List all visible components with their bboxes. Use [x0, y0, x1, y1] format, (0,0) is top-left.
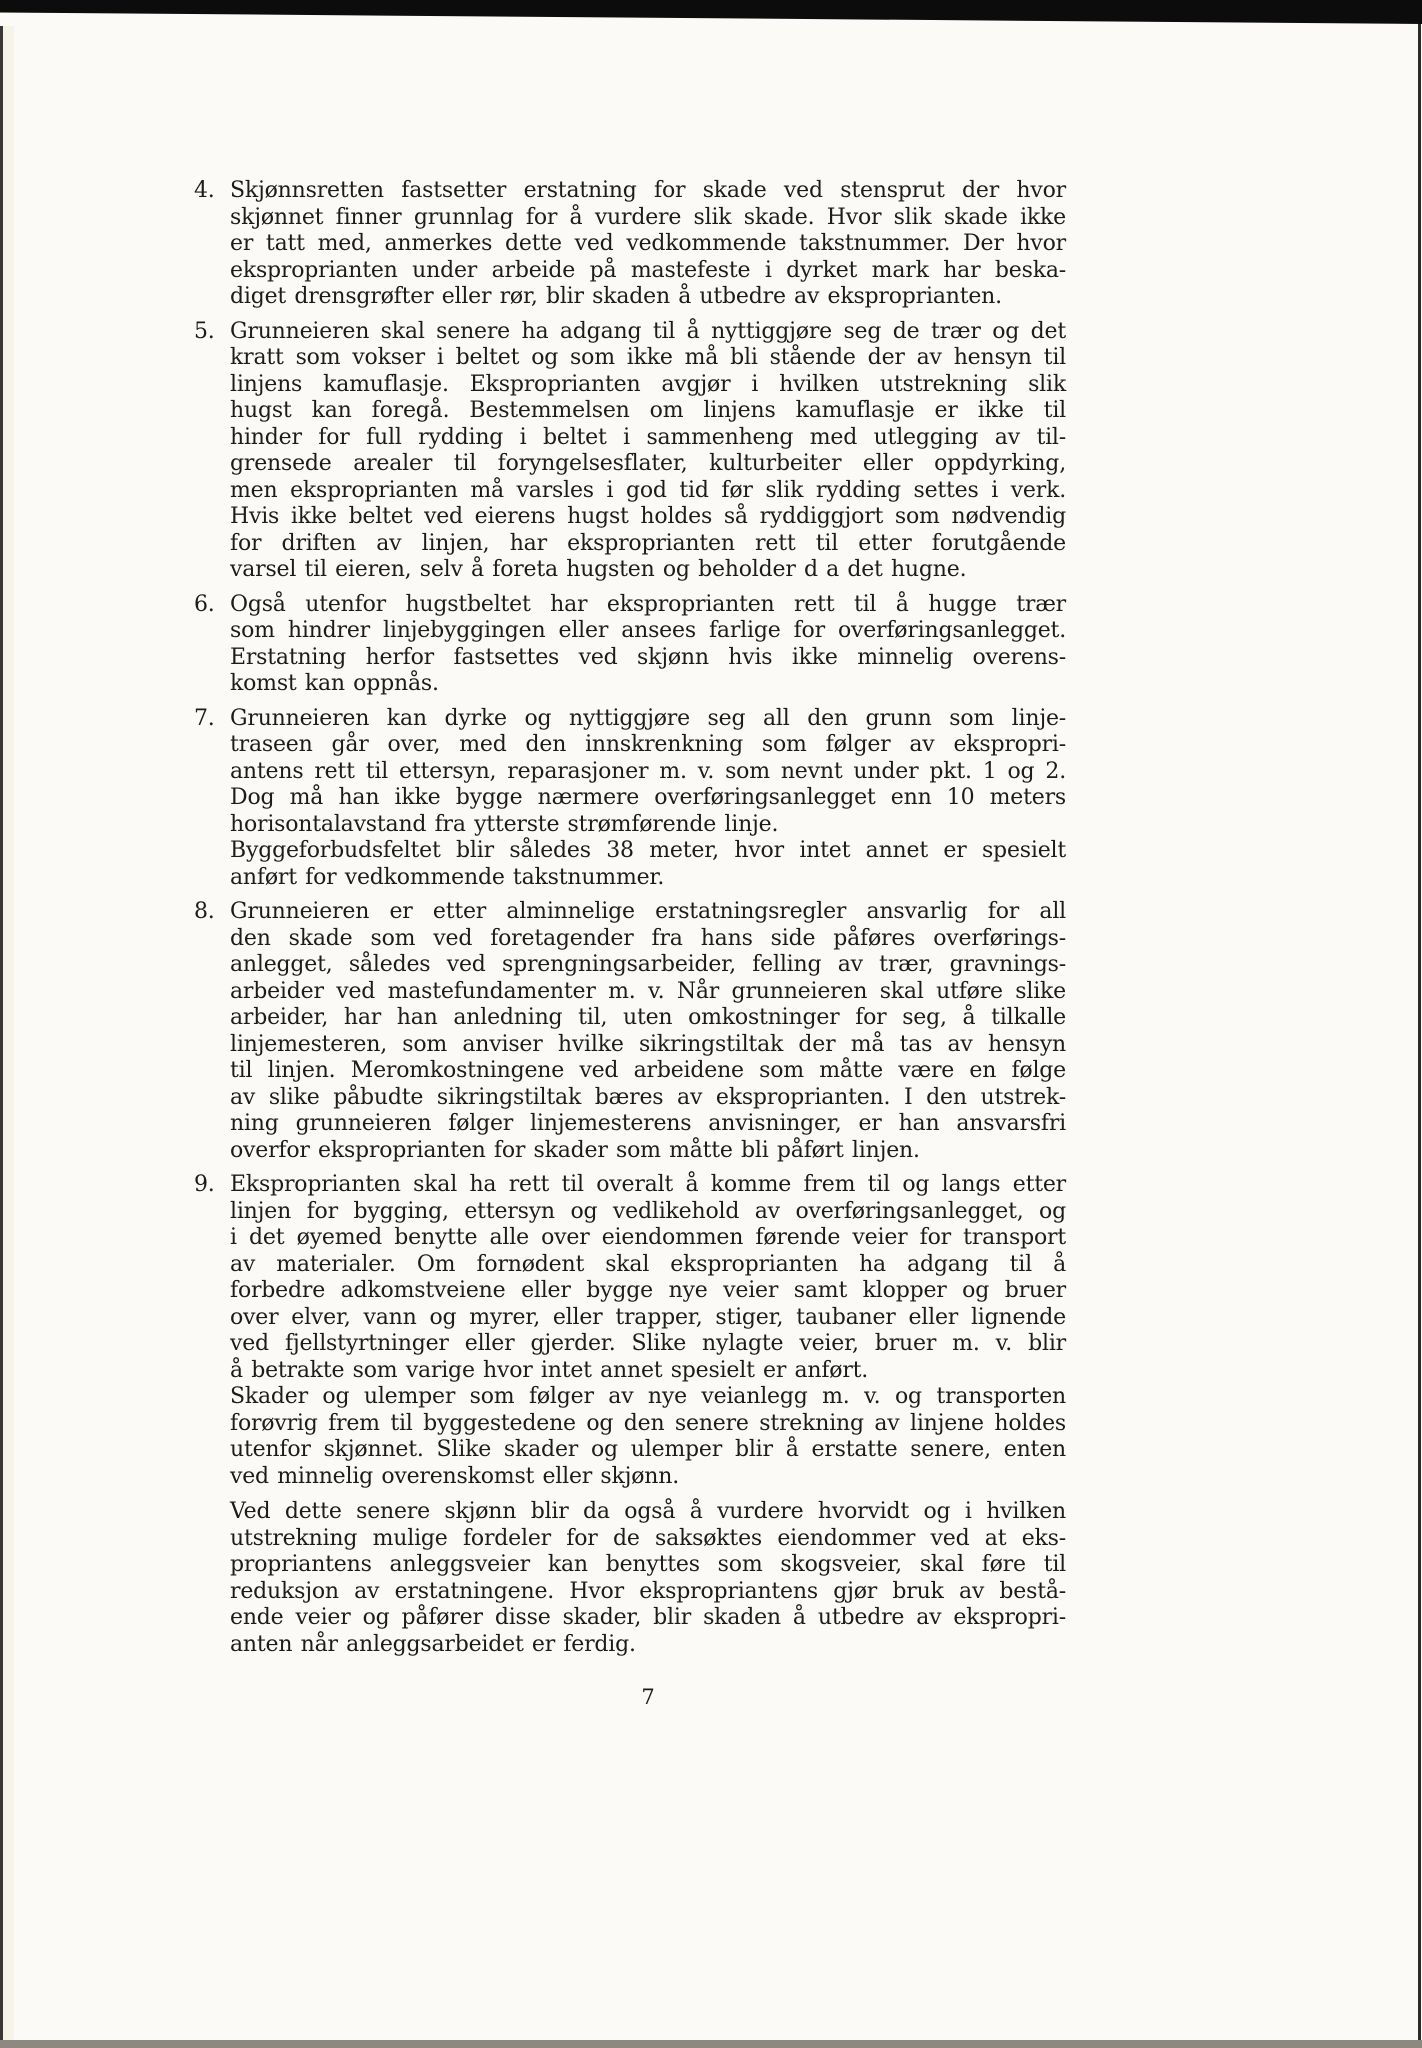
page-number: 7 — [230, 1684, 1066, 1711]
item-number: 8. — [194, 899, 226, 926]
text-line: linjemesteren, som anviser hvilke sikrin… — [230, 1032, 1066, 1059]
text-line: ning grunneieren følger linjemesterens a… — [230, 1111, 1066, 1138]
paragraph: Også utenfor hugstbeltet har eksproprian… — [230, 592, 1066, 698]
paragraph: Grunneieren skal senere ha adgang til å … — [230, 319, 1066, 584]
text-line: Byggeforbudsfeltet blir således 38 meter… — [230, 838, 1066, 865]
text-line: forøvrig frem til byggestedene og den se… — [230, 1411, 1066, 1438]
text-line: Dog må han ikke bygge nærmere overføring… — [230, 785, 1066, 812]
text-line: Grunneieren er etter alminnelige erstatn… — [230, 899, 1066, 926]
text-line: anlegget, således ved sprengningsarbeide… — [230, 952, 1066, 979]
scan-edge-left — [0, 26, 3, 2048]
text-line: antens rett til ettersyn, reparasjoner m… — [230, 759, 1066, 786]
text-line: eksproprianten under arbeide på mastefes… — [230, 258, 1066, 285]
text-line: komst kan oppnås. — [230, 671, 1066, 698]
paragraph: Byggeforbudsfeltet blir således 38 meter… — [230, 838, 1066, 891]
text-line: Skader og ulemper som følger av nye veia… — [230, 1384, 1066, 1411]
text-line: arbeider, har han anledning til, uten om… — [230, 1005, 1066, 1032]
text-line: forbedre adkomstveiene eller bygge nye v… — [230, 1278, 1066, 1305]
text-line: Eksproprianten skal ha rett til overalt … — [230, 1172, 1066, 1199]
text-line: Skjønnsretten fastsetter erstatning for … — [230, 178, 1066, 205]
text-line: hugst kan foregå. Bestemmelsen om linjen… — [230, 398, 1066, 425]
text-line: linjen for bygging, ettersyn og vedlikeh… — [230, 1199, 1066, 1226]
text-line: utenfor skjønnet. Slike skader og ulempe… — [230, 1437, 1066, 1464]
text-line: for driften av linjen, har ekspropriante… — [230, 531, 1066, 558]
legal-item-list: 4.Skjønnsretten fastsetter erstatning fo… — [194, 178, 1066, 1658]
list-item: 9.Eksproprianten skal ha rett til overal… — [194, 1172, 1066, 1658]
text-line: kratt som vokser i beltet og som ikke må… — [230, 345, 1066, 372]
text-line: som hindrer linjebyggingen eller ansees … — [230, 618, 1066, 645]
text-line: ende veier og påfører disse skader, blir… — [230, 1605, 1066, 1632]
text-line: hinder for full rydding i beltet i samme… — [230, 425, 1066, 452]
item-number: 7. — [194, 706, 226, 733]
text-line: overfor eksproprianten for skader som må… — [230, 1138, 1066, 1165]
text-line: i det øyemed benytte alle over eiendomme… — [230, 1225, 1066, 1252]
text-line: Ved dette senere skjønn blir da også å v… — [230, 1499, 1066, 1526]
text-line: horisontalavstand fra ytterste strømføre… — [230, 812, 1066, 839]
text-line: er tatt med, anmerkes dette ved vedkomme… — [230, 231, 1066, 258]
page-content: 4.Skjønnsretten fastsetter erstatning fo… — [194, 178, 1066, 1711]
list-item: 4.Skjønnsretten fastsetter erstatning fo… — [194, 178, 1066, 311]
text-line: av materialer. Om fornødent skal eksprop… — [230, 1252, 1066, 1279]
text-line: men eksproprianten må varsles i god tid … — [230, 478, 1066, 505]
text-line: diget drensgrøfter eller rør, blir skade… — [230, 284, 1066, 311]
scan-edge-top — [0, 0, 1422, 24]
text-line: arbeider ved mastefundamenter m. v. Når … — [230, 979, 1066, 1006]
scan-edge-right — [1418, 0, 1421, 2048]
text-line: til linjen. Meromkostningene ved arbeide… — [230, 1058, 1066, 1085]
text-line: reduksjon av erstatningene. Hvor eksprop… — [230, 1579, 1066, 1606]
text-line: propriantens anleggsveier kan benyttes s… — [230, 1552, 1066, 1579]
item-number: 9. — [194, 1172, 226, 1199]
list-item: 5.Grunneieren skal senere ha adgang til … — [194, 319, 1066, 584]
list-item: 7.Grunneieren kan dyrke og nyttiggjøre s… — [194, 706, 1066, 892]
scan-edge-bottom — [0, 2040, 1422, 2048]
text-line: Også utenfor hugstbeltet har eksproprian… — [230, 592, 1066, 619]
text-line: over elver, vann og myrer, eller trapper… — [230, 1305, 1066, 1332]
paragraph: Eksproprianten skal ha rett til overalt … — [230, 1172, 1066, 1384]
paragraph: Grunneieren kan dyrke og nyttiggjøre seg… — [230, 706, 1066, 839]
text-line: av slike påbudte sikringstiltak bæres av… — [230, 1085, 1066, 1112]
item-number: 6. — [194, 592, 226, 619]
text-line: linjens kamuflasje. Eksproprianten avgjø… — [230, 372, 1066, 399]
text-line: Hvis ikke beltet ved eierens hugst holde… — [230, 504, 1066, 531]
paragraph: Skjønnsretten fastsetter erstatning for … — [230, 178, 1066, 311]
text-line: å betrakte som varige hvor intet annet s… — [230, 1358, 1066, 1385]
text-line: Grunneieren kan dyrke og nyttiggjøre seg… — [230, 706, 1066, 733]
text-line: grensede arealer til foryngelsesflater, … — [230, 451, 1066, 478]
text-line: utstrekning mulige fordeler for de saksø… — [230, 1526, 1066, 1553]
text-line: traseen går over, med den innskrenkning … — [230, 732, 1066, 759]
list-item: 6.Også utenfor hugstbeltet har ekspropri… — [194, 592, 1066, 698]
item-number: 5. — [194, 319, 226, 346]
text-line: ved minnelig overenskomst eller skjønn. — [230, 1464, 1066, 1491]
paragraph: Skader og ulemper som følger av nye veia… — [230, 1384, 1066, 1490]
text-line: skjønnet finner grunnlag for å vurdere s… — [230, 205, 1066, 232]
item-number: 4. — [194, 178, 226, 205]
paragraph: Ved dette senere skjønn blir da også å v… — [230, 1499, 1066, 1658]
text-line: anført for vedkommende takstnummer. — [230, 865, 1066, 892]
list-item: 8.Grunneieren er etter alminnelige ersta… — [194, 899, 1066, 1164]
text-line: Erstatning herfor fastsettes ved skjønn … — [230, 645, 1066, 672]
scan-left-tint — [3, 26, 14, 2048]
scanned-page: 4.Skjønnsretten fastsetter erstatning fo… — [0, 0, 1422, 2048]
text-line: varsel til eieren, selv å foreta hugsten… — [230, 557, 1066, 584]
text-line: den skade som ved foretagender fra hans … — [230, 926, 1066, 953]
text-line: ved fjellstyrtninger eller gjerder. Slik… — [230, 1331, 1066, 1358]
paragraph: Grunneieren er etter alminnelige erstatn… — [230, 899, 1066, 1164]
text-line: Grunneieren skal senere ha adgang til å … — [230, 319, 1066, 346]
text-line: anten når anleggsarbeidet er ferdig. — [230, 1632, 1066, 1659]
